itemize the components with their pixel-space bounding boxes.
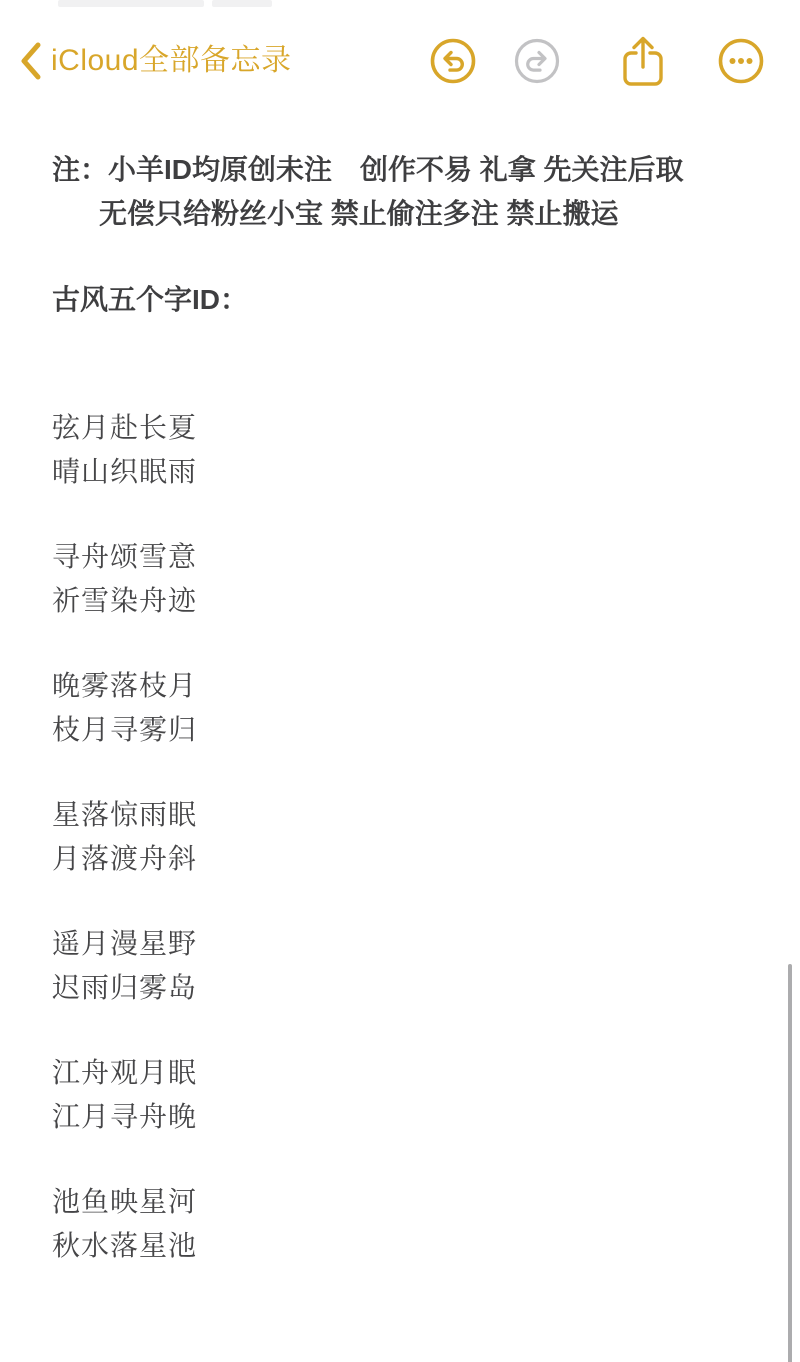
undo-icon bbox=[430, 38, 476, 84]
id-pair: 池鱼映星河 秋水落星池 bbox=[52, 1180, 756, 1268]
id-line-2: 枝月寻雾归 bbox=[52, 708, 756, 752]
id-line-2: 晴山织眠雨 bbox=[52, 450, 756, 494]
id-pair-list: 弦月赴长夏 晴山织眠雨 寻舟颂雪意 祈雪染舟迹 晚雾落枝月 枝月寻雾归 星落惊雨… bbox=[52, 406, 756, 1268]
id-line-2: 江月寻舟晚 bbox=[52, 1095, 756, 1139]
id-pair: 寻舟颂雪意 祈雪染舟迹 bbox=[52, 535, 756, 623]
undo-button[interactable] bbox=[430, 38, 476, 84]
scrollbar-thumb[interactable] bbox=[788, 964, 792, 1362]
id-pair: 星落惊雨眠 月落渡舟斜 bbox=[52, 793, 756, 881]
share-icon bbox=[620, 33, 666, 89]
id-pair: 江舟观月眠 江月寻舟晚 bbox=[52, 1051, 756, 1139]
id-line-1: 弦月赴长夏 bbox=[52, 406, 756, 450]
nav-actions bbox=[430, 33, 764, 89]
note-notice-line1: 注：小羊ID均原创未注 创作不易 礼拿 先关注后取 bbox=[52, 148, 756, 192]
cutoff-content-fragment bbox=[58, 0, 204, 7]
cutoff-content-fragment bbox=[212, 0, 272, 7]
id-pair: 晚雾落枝月 枝月寻雾归 bbox=[52, 664, 756, 752]
id-line-2: 秋水落星池 bbox=[52, 1224, 756, 1268]
id-line-1: 遥月漫星野 bbox=[52, 922, 756, 966]
id-pair: 弦月赴长夏 晴山织眠雨 bbox=[52, 406, 756, 494]
id-line-1: 池鱼映星河 bbox=[52, 1180, 756, 1224]
id-line-2: 迟雨归雾岛 bbox=[52, 966, 756, 1010]
id-line-2: 祈雪染舟迹 bbox=[52, 579, 756, 623]
redo-button[interactable] bbox=[514, 38, 560, 84]
navigation-bar: iCloud全部备忘录 bbox=[0, 28, 800, 94]
note-section-heading: 古风五个字ID： bbox=[52, 278, 756, 322]
id-line-1: 晚雾落枝月 bbox=[52, 664, 756, 708]
back-button-label: iCloud全部备忘录 bbox=[51, 46, 292, 76]
id-line-2: 月落渡舟斜 bbox=[52, 837, 756, 881]
note-notice-line2: 无偿只给粉丝小宝 禁止偷注多注 禁止搬运 bbox=[99, 192, 756, 236]
share-button[interactable] bbox=[620, 33, 666, 89]
more-ellipsis-icon bbox=[718, 38, 764, 84]
redo-icon bbox=[514, 38, 560, 84]
chevron-left-icon bbox=[18, 41, 42, 81]
note-content[interactable]: 注：小羊ID均原创未注 创作不易 礼拿 先关注后取 无偿只给粉丝小宝 禁止偷注多… bbox=[52, 148, 756, 1309]
id-line-1: 寻舟颂雪意 bbox=[52, 535, 756, 579]
more-button[interactable] bbox=[718, 38, 764, 84]
id-line-1: 江舟观月眠 bbox=[52, 1051, 756, 1095]
id-line-1: 星落惊雨眠 bbox=[52, 793, 756, 837]
id-pair: 遥月漫星野 迟雨归雾岛 bbox=[52, 922, 756, 1010]
back-button[interactable]: iCloud全部备忘录 bbox=[18, 41, 292, 81]
